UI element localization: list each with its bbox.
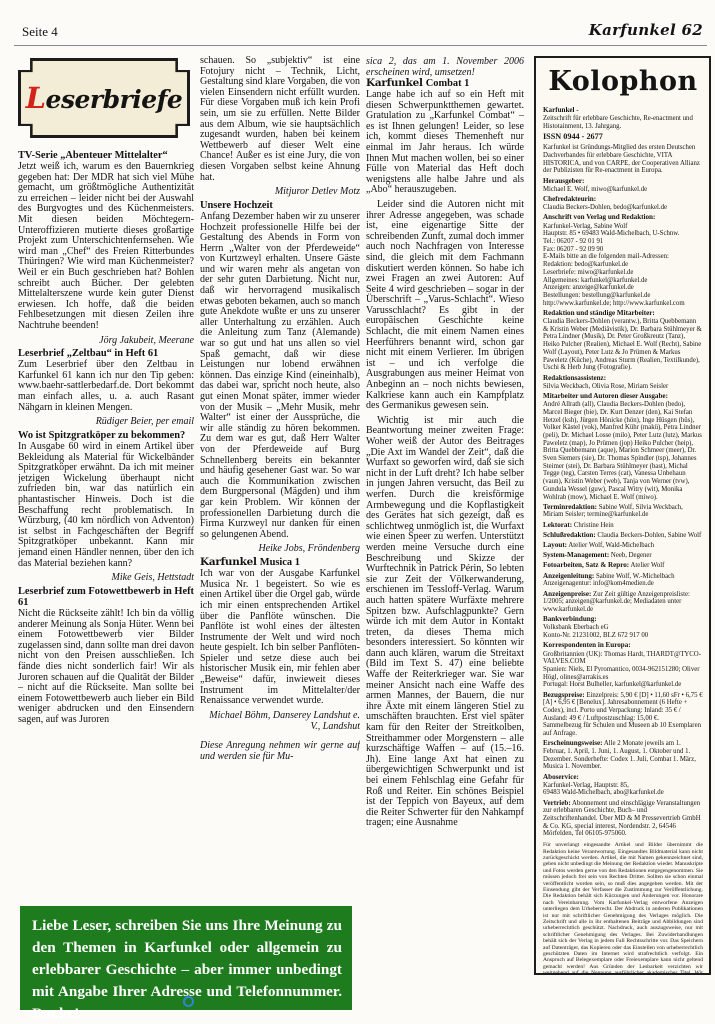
leserbriefe-logo: Leserbriefe	[18, 58, 190, 138]
column-letters-2: schauen. So „subjektiv“ ist eine Fotojur…	[200, 56, 360, 898]
letter-heading: Leserbrief zum Fotowettbewerb in Heft 61	[18, 586, 194, 608]
section-text: Michael E. Wolf, miwo@karfunkel.de	[543, 186, 647, 193]
leserbriefe-logo-text: Leserbriefe	[26, 81, 183, 115]
section-text: Neeb, Degener	[611, 552, 652, 559]
section-label: Layout:	[543, 541, 567, 549]
kolophon-section-vertrieb: Vertrieb: Abonnement und einschlägige Ve…	[543, 800, 703, 839]
section-label: Terminredaktion:	[543, 503, 597, 511]
reader-notice-text: Liebe Leser, schreiben Sie uns Ihre Mein…	[32, 915, 342, 1024]
section-text: Für unverlangt eingesandte Artikel und B…	[543, 842, 703, 975]
reader-notice-box: Liebe Leser, schreiben Sie uns Ihre Mein…	[20, 906, 352, 1010]
kolophon-section-terminredaktion: Terminredaktion: Sabine Wolf, Silvia Wec…	[543, 504, 703, 519]
section-text: André Allrath (all), Claudia Beckers-Doh…	[543, 401, 702, 500]
kolophon-section-chefredakteurin: Chefredakteurin:Claudia Beckers-Dohlen, …	[543, 196, 703, 212]
logo-initial: L	[26, 81, 46, 115]
column-letters-1: Leserbriefe TV-Serie „Abenteuer Mittelal…	[18, 56, 194, 904]
kolophon-section-aboservice: Aboservice:Karfunkel-Verlag, Hauptstr. 8…	[543, 774, 703, 798]
letter-body: In Ausgabe 60 wird in einem Artikel über…	[18, 442, 194, 569]
section-label: Anschrift von Verlag und Redaktion:	[543, 214, 703, 222]
kolophon-section-bezugspreise: Bezugspreise: Einzelpreis: 5,90 € [D] • …	[543, 692, 703, 738]
kolophon-section-redaktionsassistenz: Redaktionsassistenz:Silvia Weckbach, Oli…	[543, 375, 703, 391]
kolophon-section-redaktion: Redaktion und ständige Mitarbeiter:Claud…	[543, 310, 703, 372]
issue-label: Karfunkel 62	[589, 21, 703, 39]
section-label: Vertrieb:	[543, 799, 571, 807]
letter-signature: Michael Böhm, Danserey Landshut e. V., L…	[200, 711, 360, 733]
kolophon-section-issn: ISSN 0944 - 2677	[543, 133, 703, 142]
letter-heading: Wo ist Spitzgratköper zu bekommen?	[18, 430, 194, 441]
letter-heading: TV-Serie „Abenteuer Mittelalter“	[18, 150, 194, 161]
section-label: Chefredakteurin:	[543, 196, 703, 204]
section-text: Karfunkel-Verlag, Sabine Wolf Hauptstr. …	[543, 223, 685, 307]
letter-spitzgratkoeper: Wo ist Spitzgratköper zu bekommen? In Au…	[18, 430, 194, 584]
section-text: Atelier Wolf	[631, 562, 665, 569]
section-text: Christine Hein	[574, 522, 614, 529]
section-label: Schlußredaktion:	[543, 531, 596, 539]
letter-body: Zum Leserbrief über den Zeltbau in Karfu…	[18, 360, 194, 413]
blue-ring-mark	[183, 996, 194, 1007]
column-letters-3: sica 2, das am 1. November 2006 erschein…	[366, 56, 524, 958]
kolophon-section-schlussredaktion: Schlußredaktion: Claudia Beckers-Dohlen,…	[543, 532, 703, 540]
section-text: Silvia Weckbach, Olivia Rose, Miriam Sei…	[543, 383, 668, 390]
letter-tv-serie: TV-Serie „Abenteuer Mittelalter“ Jetzt w…	[18, 150, 194, 346]
section-label: Aboservice:	[543, 774, 703, 782]
section-text: Karfunkel ist Gründungs-Mitglied des ers…	[543, 144, 700, 174]
section-label: Karfunkel -	[543, 107, 703, 115]
section-label: Mitarbeiter und Autoren dieser Ausgabe:	[543, 393, 703, 401]
kolophon-box: Kolophon Karfunkel -Zeitschrift für erle…	[534, 56, 711, 975]
section-label: Erscheinungsweise:	[543, 739, 603, 747]
letter-fotowettbewerb: Leserbrief zum Fotowettbewerb in Heft 61…	[18, 586, 194, 726]
brand-word: Karfunkel	[366, 77, 423, 89]
letter-signature: Heike Jobs, Fröndenberg	[200, 544, 360, 555]
kolophon-section-fotoarbeiten: Fotoarbeiten, Satz & Repro: Atelier Wolf	[543, 562, 703, 570]
letter-body: Jetzt weiß ich, warum es den Bauernkrieg…	[18, 162, 194, 332]
section-text: Großbritannien (UK): Thomas Hardt, THARD…	[543, 651, 701, 689]
section-label: Anzeigenleitung:	[543, 572, 594, 580]
kolophon-fine-print: Für unverlangt eingesandte Artikel und B…	[543, 842, 703, 975]
section-text: Claudia Beckers-Dohlen, bedo@karfunkel.d…	[543, 204, 667, 211]
letter-hochzeit: Unsere Hochzeit Anfang Dezember haben wi…	[200, 200, 360, 555]
letter-heading: KarfunkelMusica 1	[200, 557, 360, 568]
letter-paragraph: Leider sind die Autoren nicht mit ihrer …	[366, 200, 524, 412]
section-text: Einzelpreis: 5,90 € [D] • 11,60 sFr • 6,…	[543, 692, 703, 738]
letter-paragraph: Wichtig ist mir auch die Beantwortung me…	[366, 416, 524, 829]
section-text: Claudia Beckers-Dohlen, Sabine Wolf	[597, 532, 701, 539]
letter-heading: Unsere Hochzeit	[200, 200, 360, 211]
kolophon-section-herausgeber: Herausgeber:Michael E. Wolf, miwo@karfun…	[543, 178, 703, 194]
magazine-page: Seite 4 Karfunkel 62 Leserbriefe TV-Seri…	[0, 0, 715, 1024]
kolophon-section-mitarbeiter: Mitarbeiter und Autoren dieser Ausgabe:A…	[543, 393, 703, 501]
kolophon-title: Kolophon	[543, 66, 703, 97]
letter-continuation: schauen. So „subjektiv“ ist eine Fotojur…	[200, 56, 360, 183]
letter-heading: Leserbrief „Zeltbau“ in Heft 61	[18, 348, 194, 359]
letter-musica: KarfunkelMusica 1 Ich war von der Ausgab…	[200, 557, 360, 732]
section-label: Korrespondenten in Europa:	[543, 642, 703, 650]
kolophon-section-karfunkel: Karfunkel -Zeitschrift für erlebbare Ges…	[543, 107, 703, 131]
logo-rest: eserbriefe	[46, 85, 183, 114]
letter-body: Ich war von der Ausgabe Karfunkel Musica…	[200, 569, 360, 707]
kolophon-section-mitgliedschaft: Karfunkel ist Gründungs-Mitglied des ers…	[543, 144, 703, 175]
section-text: Claudia Beckers-Dohlen (verantw.), Britt…	[543, 318, 702, 371]
page-number: Seite 4	[22, 24, 58, 40]
section-label: Bankverbindung:	[543, 616, 703, 624]
letter-paragraph: Lange habe ich auf so ein Heft mit diese…	[366, 90, 524, 196]
section-label: Bezugspreise:	[543, 691, 585, 699]
section-label: Redaktionsassistenz:	[543, 375, 703, 383]
kolophon-section-bankverbindung: Bankverbindung:Volksbank Eberbach eG Kon…	[543, 616, 703, 640]
letter-heading-rest: Combat 1	[426, 78, 470, 89]
section-label: ISSN 0944 - 2677	[543, 132, 603, 141]
section-label: Herausgeber:	[543, 178, 703, 186]
editor-note-continuation: sica 2, das am 1. November 2006 erschein…	[366, 56, 524, 78]
section-label: Anzeigenpreise:	[543, 590, 591, 598]
section-label: Lektorat:	[543, 521, 572, 529]
letter-combat: KarfunkelCombat 1 Lange habe ich auf so …	[366, 78, 524, 829]
letter-heading-rest: Musica 1	[260, 557, 300, 568]
header-rule	[14, 45, 707, 46]
letter-zeltbau: Leserbrief „Zeltbau“ in Heft 61 Zum Lese…	[18, 348, 194, 428]
kolophon-section-anzeigenleitung: Anzeigenleitung: Sabine Wolf, W.-Michelb…	[543, 573, 703, 588]
letter-signature: Mike Geis, Hettstadt	[18, 573, 194, 584]
brand-word: Karfunkel	[200, 556, 257, 568]
kolophon-section-erscheinungsweise: Erscheinungsweise: Alle 2 Monate jeweils…	[543, 740, 703, 771]
kolophon-section-anzeigenpreise: Anzeigenpreise: Zur Zeit gültige Anzeige…	[543, 591, 703, 614]
section-text: Karfunkel-Verlag, Hauptstr. 85, 69483 Wa…	[543, 782, 664, 797]
letter-body: Anfang Dezember haben wir zu unserer Hoc…	[200, 212, 360, 540]
kolophon-section-lektorat: Lektorat: Christine Hein	[543, 522, 703, 530]
letter-signature: Rüdiger Beier, per email	[18, 417, 194, 428]
kolophon-section-korrespondenten: Korrespondenten in Europa:Großbritannien…	[543, 642, 703, 689]
kolophon-section-systemmanagement: System-Management: Neeb, Degener	[543, 552, 703, 560]
letter-signature: Jörg Jakubeit, Meerane	[18, 336, 194, 347]
section-text: Volksbank Eberbach eG Konto-Nr. 21231002…	[543, 624, 648, 639]
section-label: Redaktion und ständige Mitarbeiter:	[543, 310, 703, 318]
section-text: Atelier Wolf, Wald-Michelbach	[568, 542, 654, 549]
letter-signature: Mitjuror Detlev Motz	[200, 187, 360, 198]
editor-note: Diese Anregung nehmen wir gerne auf und …	[200, 740, 360, 762]
leserbriefe-logo-panel: Leserbriefe	[21, 61, 187, 135]
section-label: Fotoarbeiten, Satz & Repro:	[543, 561, 629, 569]
letter-heading: KarfunkelCombat 1	[366, 78, 524, 89]
section-label: System-Management:	[543, 551, 609, 559]
letter-body: Nicht die Rückseite zählt! Ich bin da vö…	[18, 609, 194, 726]
kolophon-section-anschrift: Anschrift von Verlag und Redaktion:Karfu…	[543, 214, 703, 307]
kolophon-section-layout: Layout: Atelier Wolf, Wald-Michelbach	[543, 542, 703, 550]
section-text: Zeitschrift für erlebbare Geschichte, Re…	[543, 115, 693, 130]
